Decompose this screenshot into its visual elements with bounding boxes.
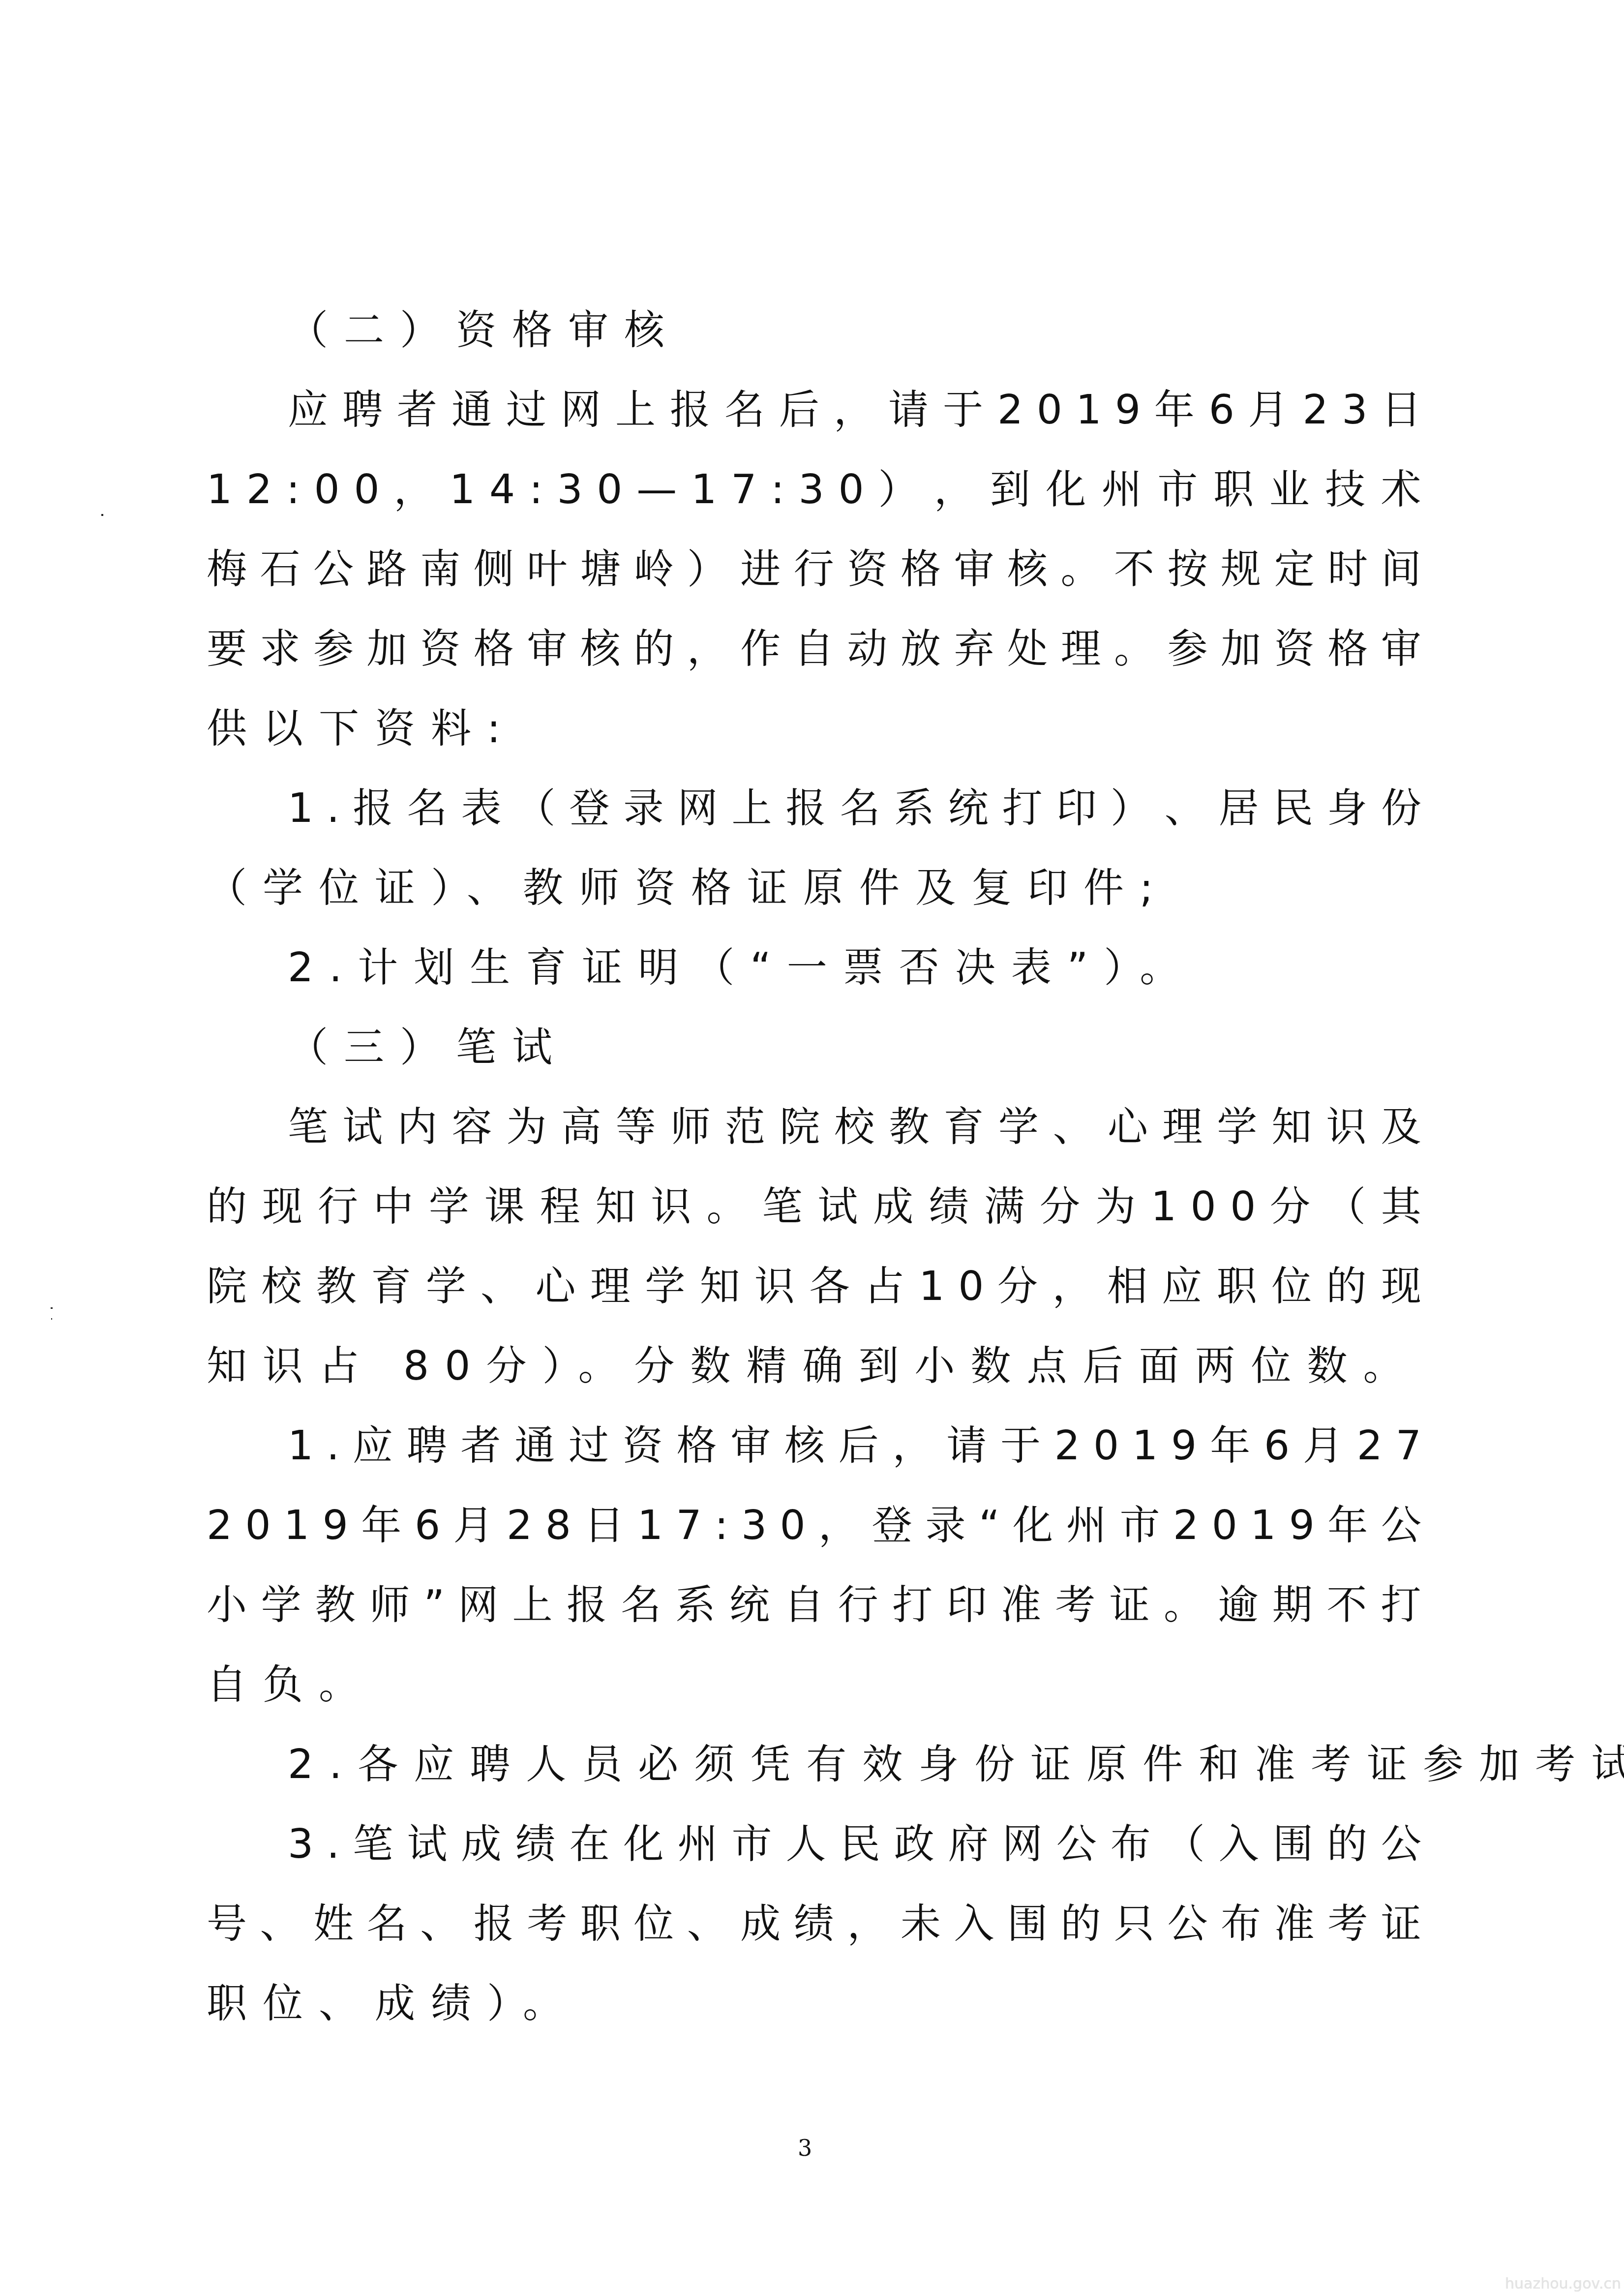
paragraph-line: 的 现 行 中 学 课 程 知 识 。 笔 试 成 绩 满 分 为 1 0 0 … <box>207 1182 1421 1232</box>
list-item-1-line: （学位证）、教师资格证原件及复印件; <box>207 864 1421 913</box>
scan-speck <box>51 1307 53 1309</box>
watermark-text: huazhou.gov.cn <box>1505 2275 1621 2293</box>
list-item-1-line: 2 0 1 9 年 6 月 2 8 日 1 7 : 3 0 ， 登 录 “ 化 … <box>207 1501 1421 1550</box>
section-heading-qualification-review: （二）资格审核 <box>288 306 1503 355</box>
paragraph-line: 梅 石 公 路 南 侧 叶 塘 岭 ） 进 行 资 格 审 核 。 不 按 规 … <box>207 545 1421 594</box>
list-item-1-line: 小 学 教 师 ” 网 上 报 名 系 统 自 行 打 印 准 考 证 。 逾 … <box>207 1581 1421 1630</box>
paragraph-line: 供以下资料: <box>207 704 1421 754</box>
paragraph-line: 笔 试 内 容 为 高 等 师 范 院 校 教 育 学 、 心 理 学 知 识 … <box>288 1103 1421 1152</box>
list-item-3-line: 职位、成绩）。 <box>207 1979 1421 2028</box>
paragraph-line: 院 校 教 育 学 、 心 理 学 知 识 各 占 1 0 分 ， 相 应 职 … <box>207 1262 1421 1311</box>
list-item-1-line: 自负。 <box>207 1660 1421 1710</box>
list-item-2-line: 2.计划生育证明（“一票否决表”）。 <box>288 943 1421 993</box>
paragraph-line: 要 求 参 加 资 格 审 核 的 ， 作 自 动 放 弃 处 理 。 参 加 … <box>207 625 1421 674</box>
paragraph-line: 应 聘 者 通 过 网 上 报 名 后 ， 请 于 2 0 1 9 年 6 月 … <box>288 386 1421 435</box>
paragraph-line: 知识占 80分）。分数精确到小数点后面两位数。 <box>207 1342 1421 1391</box>
scan-speck <box>51 1318 52 1320</box>
list-item-3-line: 3 . 笔 试 成 绩 在 化 州 市 人 民 政 府 网 公 布 （ 入 围 … <box>288 1820 1421 1869</box>
list-item-1-line: 1 . 报 名 表 （ 登 录 网 上 报 名 系 统 打 印 ） 、 居 民 … <box>288 784 1421 833</box>
paragraph-line: 1 2 : 0 0 ， 1 4 : 3 0 — 1 7 : 3 0 ） ， 到 … <box>207 465 1421 514</box>
document-page: （二）资格审核 应 聘 者 通 过 网 上 报 名 后 ， 请 于 2 0 1 … <box>0 0 1624 2294</box>
list-item-1-line: 1 . 应 聘 者 通 过 资 格 审 核 后 ， 请 于 2 0 1 9 年 … <box>288 1421 1421 1471</box>
section-heading-written-exam: （三）笔试 <box>288 1023 1503 1072</box>
list-item-3-line: 号 、 姓 名 、 报 考 职 位 、 成 绩 ， 未 入 围 的 只 公 布 … <box>207 1900 1421 1949</box>
scan-speck <box>101 514 103 516</box>
list-item-2-line: 2.各应聘人员必须凭有效身份证原件和准考证参加考试。 <box>288 1740 1421 1789</box>
page-number: 3 <box>798 2135 812 2161</box>
